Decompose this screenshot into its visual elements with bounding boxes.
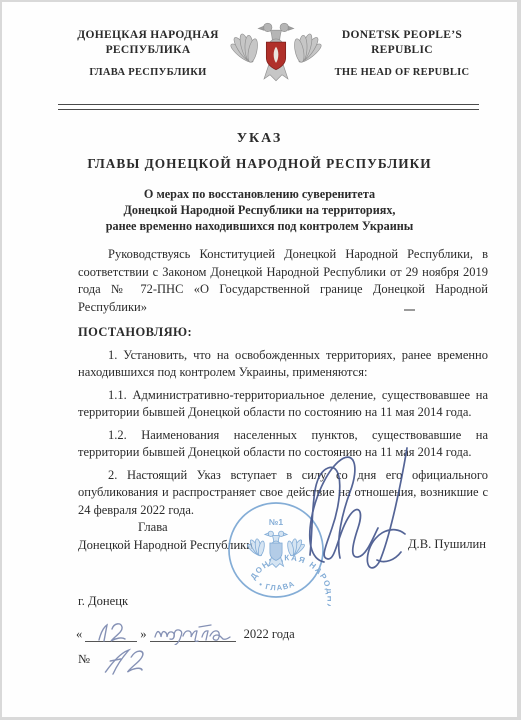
org-name-ru: ДОНЕЦКАЯ НАРОДНАЯ РЕСПУБЛИКА ГЛАВА РЕСПУ… [58, 28, 238, 78]
date-day-slot [85, 626, 137, 642]
org-name-en: DONETSK PEOPLE’S REPUBLIC THE HEAD OF RE… [317, 28, 487, 78]
city-label: г. Донецк [78, 594, 128, 609]
org-name-en-line1: DONETSK PEOPLE’S [317, 28, 487, 43]
number-sign-label: № [78, 652, 90, 667]
resolve-heading: ПОСТАНОВЛЯЮ: [78, 324, 488, 342]
date-month-slot [150, 626, 236, 642]
preamble-paragraph: Руководствуясь Конституцией Донецкой Нар… [78, 246, 488, 316]
org-name-en-line2: REPUBLIC [317, 43, 487, 58]
date-year-label: 2022 года [244, 627, 295, 642]
handwritten-month [152, 619, 236, 645]
org-name-ru-line2: РЕСПУБЛИКА [58, 43, 238, 58]
decree-authority-title: ГЛАВЫ ДОНЕЦКОЙ НАРОДНОЙ РЕСПУБЛИКИ [58, 156, 461, 172]
decree-item-1: 1. Установить, что на освобожденных терр… [78, 347, 488, 382]
letterhead: ДОНЕЦКАЯ НАРОДНАЯ РЕСПУБЛИКА ГЛАВА РЕСПУ… [58, 22, 487, 94]
decree-document-page: ДОНЕЦКАЯ НАРОДНАЯ РЕСПУБЛИКА ГЛАВА РЕСПУ… [0, 0, 521, 720]
handwritten-day [87, 621, 133, 645]
handwritten-number [100, 646, 152, 676]
head-of-republic-en: THE HEAD OF REPUBLIC [317, 67, 487, 78]
decree-number-line: № [78, 652, 152, 682]
decree-item-1-1: 1.1. Административно-территориальное дел… [78, 387, 488, 422]
separator-double-rule [58, 104, 479, 110]
decree-subject: О мерах по восстановлению суверенитета Д… [58, 186, 461, 234]
decree-subject-line3: ранее временно находившихся под контроле… [58, 218, 461, 234]
decree-subject-line2: Донецкой Народной Республики на территор… [58, 202, 461, 218]
decree-subject-line1: О мерах по восстановлению суверенитета [58, 186, 461, 202]
scan-artifact-dash [404, 309, 415, 311]
date-line: « » 20 [76, 626, 295, 642]
close-quote: » [140, 627, 146, 642]
open-quote: « [76, 627, 82, 642]
coat-of-arms-icon [230, 18, 322, 92]
org-name-ru-line1: ДОНЕЦКАЯ НАРОДНАЯ [58, 28, 238, 43]
signature-icon [280, 438, 430, 580]
decree-heading: УКАЗ ГЛАВЫ ДОНЕЦКОЙ НАРОДНОЙ РЕСПУБЛИКИ … [2, 131, 517, 234]
head-of-republic-ru: ГЛАВА РЕСПУБЛИКИ [58, 67, 238, 78]
decree-type-title: УКАЗ [58, 131, 461, 147]
